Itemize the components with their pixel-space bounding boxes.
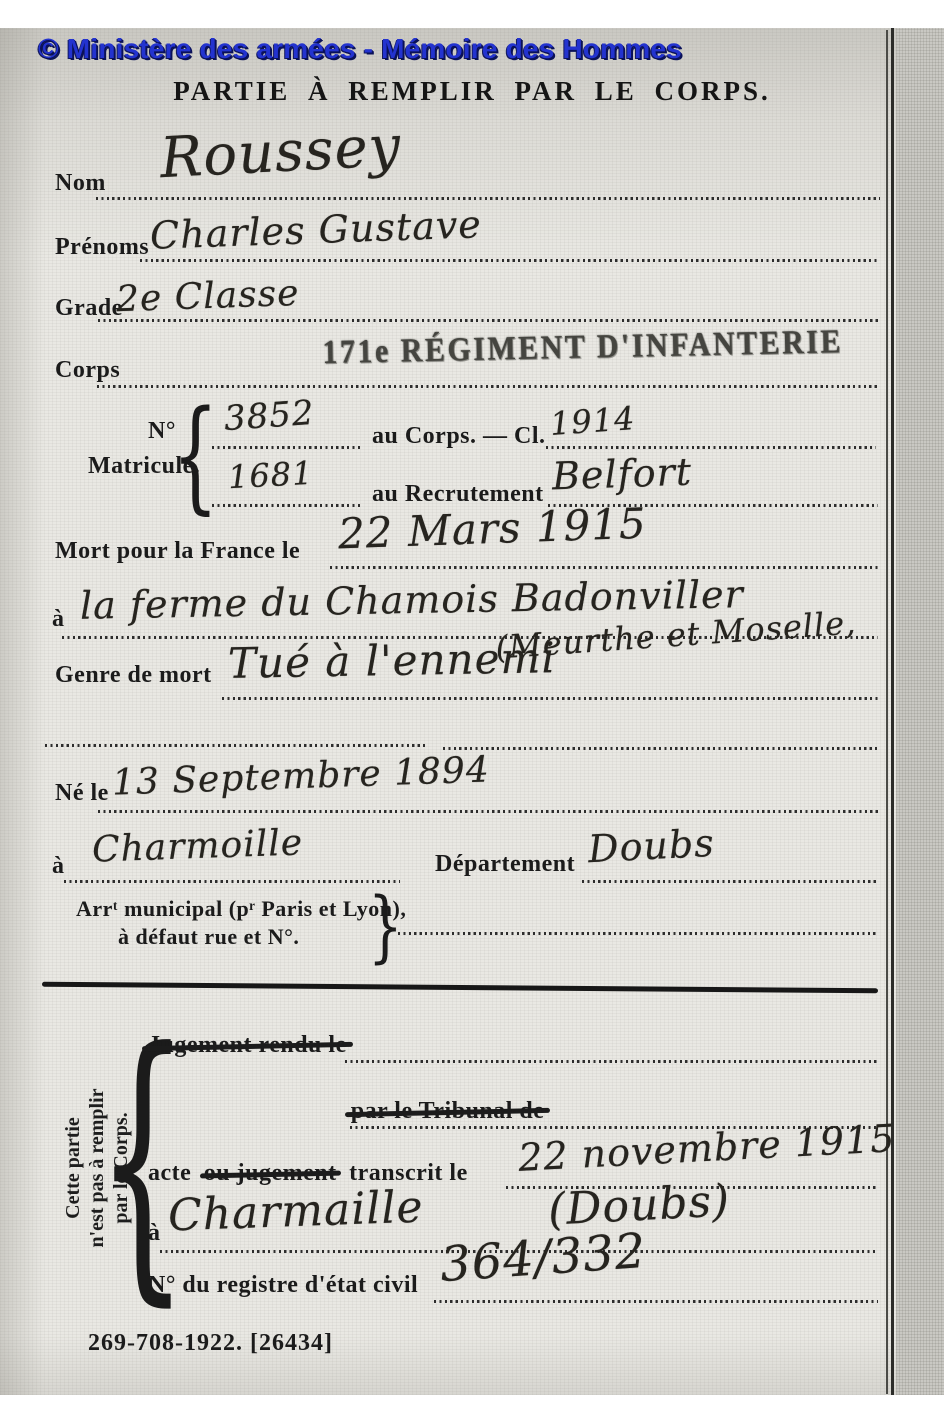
matricule-recrutement-dotted-line <box>212 504 362 507</box>
nom-value: Roussey <box>158 114 402 192</box>
corps-label: Corps <box>55 357 120 384</box>
genre-mort-label: Genre de mort <box>55 662 212 689</box>
matricule-recrutement-number: 1681 <box>227 454 314 496</box>
acte-label-struck: ou jugement <box>204 1160 337 1187</box>
mort-label: Mort pour la France le <box>55 538 300 565</box>
lieu-mort-a-label: à <box>52 606 65 633</box>
ne-le-dotted-line <box>98 810 878 813</box>
registre-label: N° du registre d'état civil <box>148 1272 418 1299</box>
matricule-brace: { <box>172 394 219 516</box>
registre-dotted-line <box>434 1300 878 1303</box>
ne-a-label: à <box>52 853 65 880</box>
grade-dotted-line <box>98 319 880 322</box>
scan-margin-top <box>0 0 944 28</box>
arrt-brace: } <box>368 888 403 966</box>
printer-reference: 269-708-1922. [26434] <box>88 1330 333 1357</box>
copyright-watermark: © Ministère des armées - Mémoire des Hom… <box>38 33 682 65</box>
classe-value: 1914 <box>549 399 637 443</box>
ne-lieu-value: Charmoille <box>91 822 303 870</box>
arrt-label-line2: à défaut rue et N°. <box>118 924 299 950</box>
arrt-label-line1: Arrᵗ municipal (pʳ Paris et Lyon), <box>76 896 406 922</box>
transcrit-a-label: à <box>148 1220 161 1247</box>
page-edge-line <box>886 30 888 1394</box>
page-title: PARTIE À REMPLIR PAR LE CORPS. <box>0 76 944 107</box>
blank-dotted-line <box>45 744 428 747</box>
classe-dotted-line <box>546 446 876 449</box>
prenoms-label: Prénoms <box>55 234 149 261</box>
recrutement-value: Belfort <box>551 450 692 499</box>
ne-lieu-dotted-line <box>64 880 400 883</box>
transcrit-lieu-value: Charmaille <box>167 1182 424 1242</box>
jugement-label-struck: Jugement rendu le <box>148 1032 347 1059</box>
grade-value: 2e Classe <box>115 273 300 320</box>
nom-dotted-line <box>96 197 880 200</box>
tribunal-label-struck: par le Tribunal de <box>351 1098 545 1125</box>
matricule-corps-dotted-line <box>212 446 362 449</box>
departement-value: Doubs <box>587 821 716 872</box>
scanned-death-record-card: © Ministère des armées - Mémoire des Hom… <box>0 0 944 1417</box>
departement-label: Département <box>435 851 575 878</box>
next-page-edge <box>896 28 944 1395</box>
departement-dotted-line <box>582 880 878 883</box>
sidebar-note-line: Cette partie <box>61 1013 85 1323</box>
scan-margin-bottom <box>0 1395 944 1417</box>
matricule-corps-number: 3852 <box>223 393 316 439</box>
prenoms-dotted-line <box>140 259 880 262</box>
ne-le-label: Né le <box>55 780 109 807</box>
jugement-dotted-line <box>345 1060 878 1063</box>
arrt-dotted-line <box>398 932 878 935</box>
au-corps-label: au Corps. — Cl. <box>372 423 546 450</box>
genre-mort-dotted-line <box>222 697 878 700</box>
page-edge-line <box>891 28 894 1395</box>
nom-label: Nom <box>55 170 106 197</box>
grade-label: Grade <box>55 295 123 322</box>
acte-label-pre: acte <box>148 1160 191 1186</box>
blank-dotted-line <box>443 747 878 750</box>
mort-dotted-line <box>330 566 878 569</box>
genre-mort-value: Tué à l'ennemi <box>228 633 557 688</box>
